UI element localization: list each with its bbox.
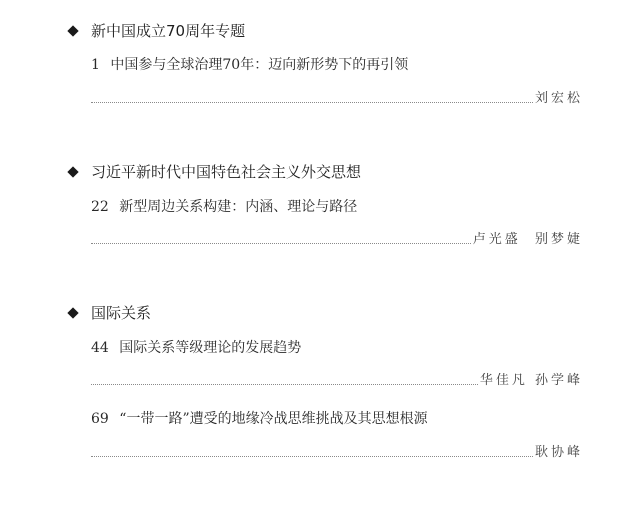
- article-title: 新型周边关系构建：内涵、理论与路径: [119, 199, 357, 215]
- author-names: 耿协峰: [535, 446, 583, 460]
- author-line: 刘宏松: [91, 92, 583, 106]
- toc-entry[interactable]: 44 国际关系等级理论的发展趋势: [91, 337, 301, 357]
- author-names: 卢光盛 别梦婕: [473, 233, 583, 247]
- page-number: 1: [91, 57, 100, 73]
- author-line: 耿协峰: [91, 446, 583, 460]
- author-line: 华佳凡 孙学峰: [91, 374, 583, 388]
- article-title: 国际关系等级理论的发展趋势: [119, 340, 301, 356]
- section-title: 国际关系: [66, 302, 151, 323]
- page-number: 69: [91, 411, 109, 427]
- author-names: 华佳凡 孙学峰: [480, 374, 583, 388]
- dot-leader: [91, 102, 533, 103]
- page-number: 44: [91, 340, 109, 356]
- dot-leader: [91, 456, 533, 457]
- section-title: 新中国成立70周年专题: [66, 20, 245, 41]
- author-names: 刘宏松: [535, 92, 583, 106]
- article-title: “一带一路”遭受的地缘冷战思维挑战及其思想根源: [119, 411, 427, 427]
- dot-leader: [91, 384, 478, 385]
- toc-entry[interactable]: 22 新型周边关系构建：内涵、理论与路径: [91, 196, 357, 216]
- dot-leader: [91, 243, 471, 244]
- toc-entry[interactable]: 69 “一带一路”遭受的地缘冷战思维挑战及其思想根源: [91, 408, 428, 428]
- article-title: 中国参与全球治理70年：迈向新形势下的再引领: [110, 57, 408, 73]
- section-title-text: 习近平新时代中国特色社会主义外交思想: [91, 161, 361, 182]
- diamond-bullet-icon: [67, 166, 78, 177]
- diamond-bullet-icon: [67, 25, 78, 36]
- page-number: 22: [91, 199, 109, 215]
- section-title: 习近平新时代中国特色社会主义外交思想: [66, 161, 361, 182]
- section-title-text: 新中国成立70周年专题: [91, 20, 245, 41]
- toc-entry[interactable]: 1 中国参与全球治理70年：迈向新形势下的再引领: [91, 54, 408, 74]
- author-line: 卢光盛 别梦婕: [91, 233, 583, 247]
- section-title-text: 国际关系: [91, 302, 151, 323]
- diamond-bullet-icon: [67, 307, 78, 318]
